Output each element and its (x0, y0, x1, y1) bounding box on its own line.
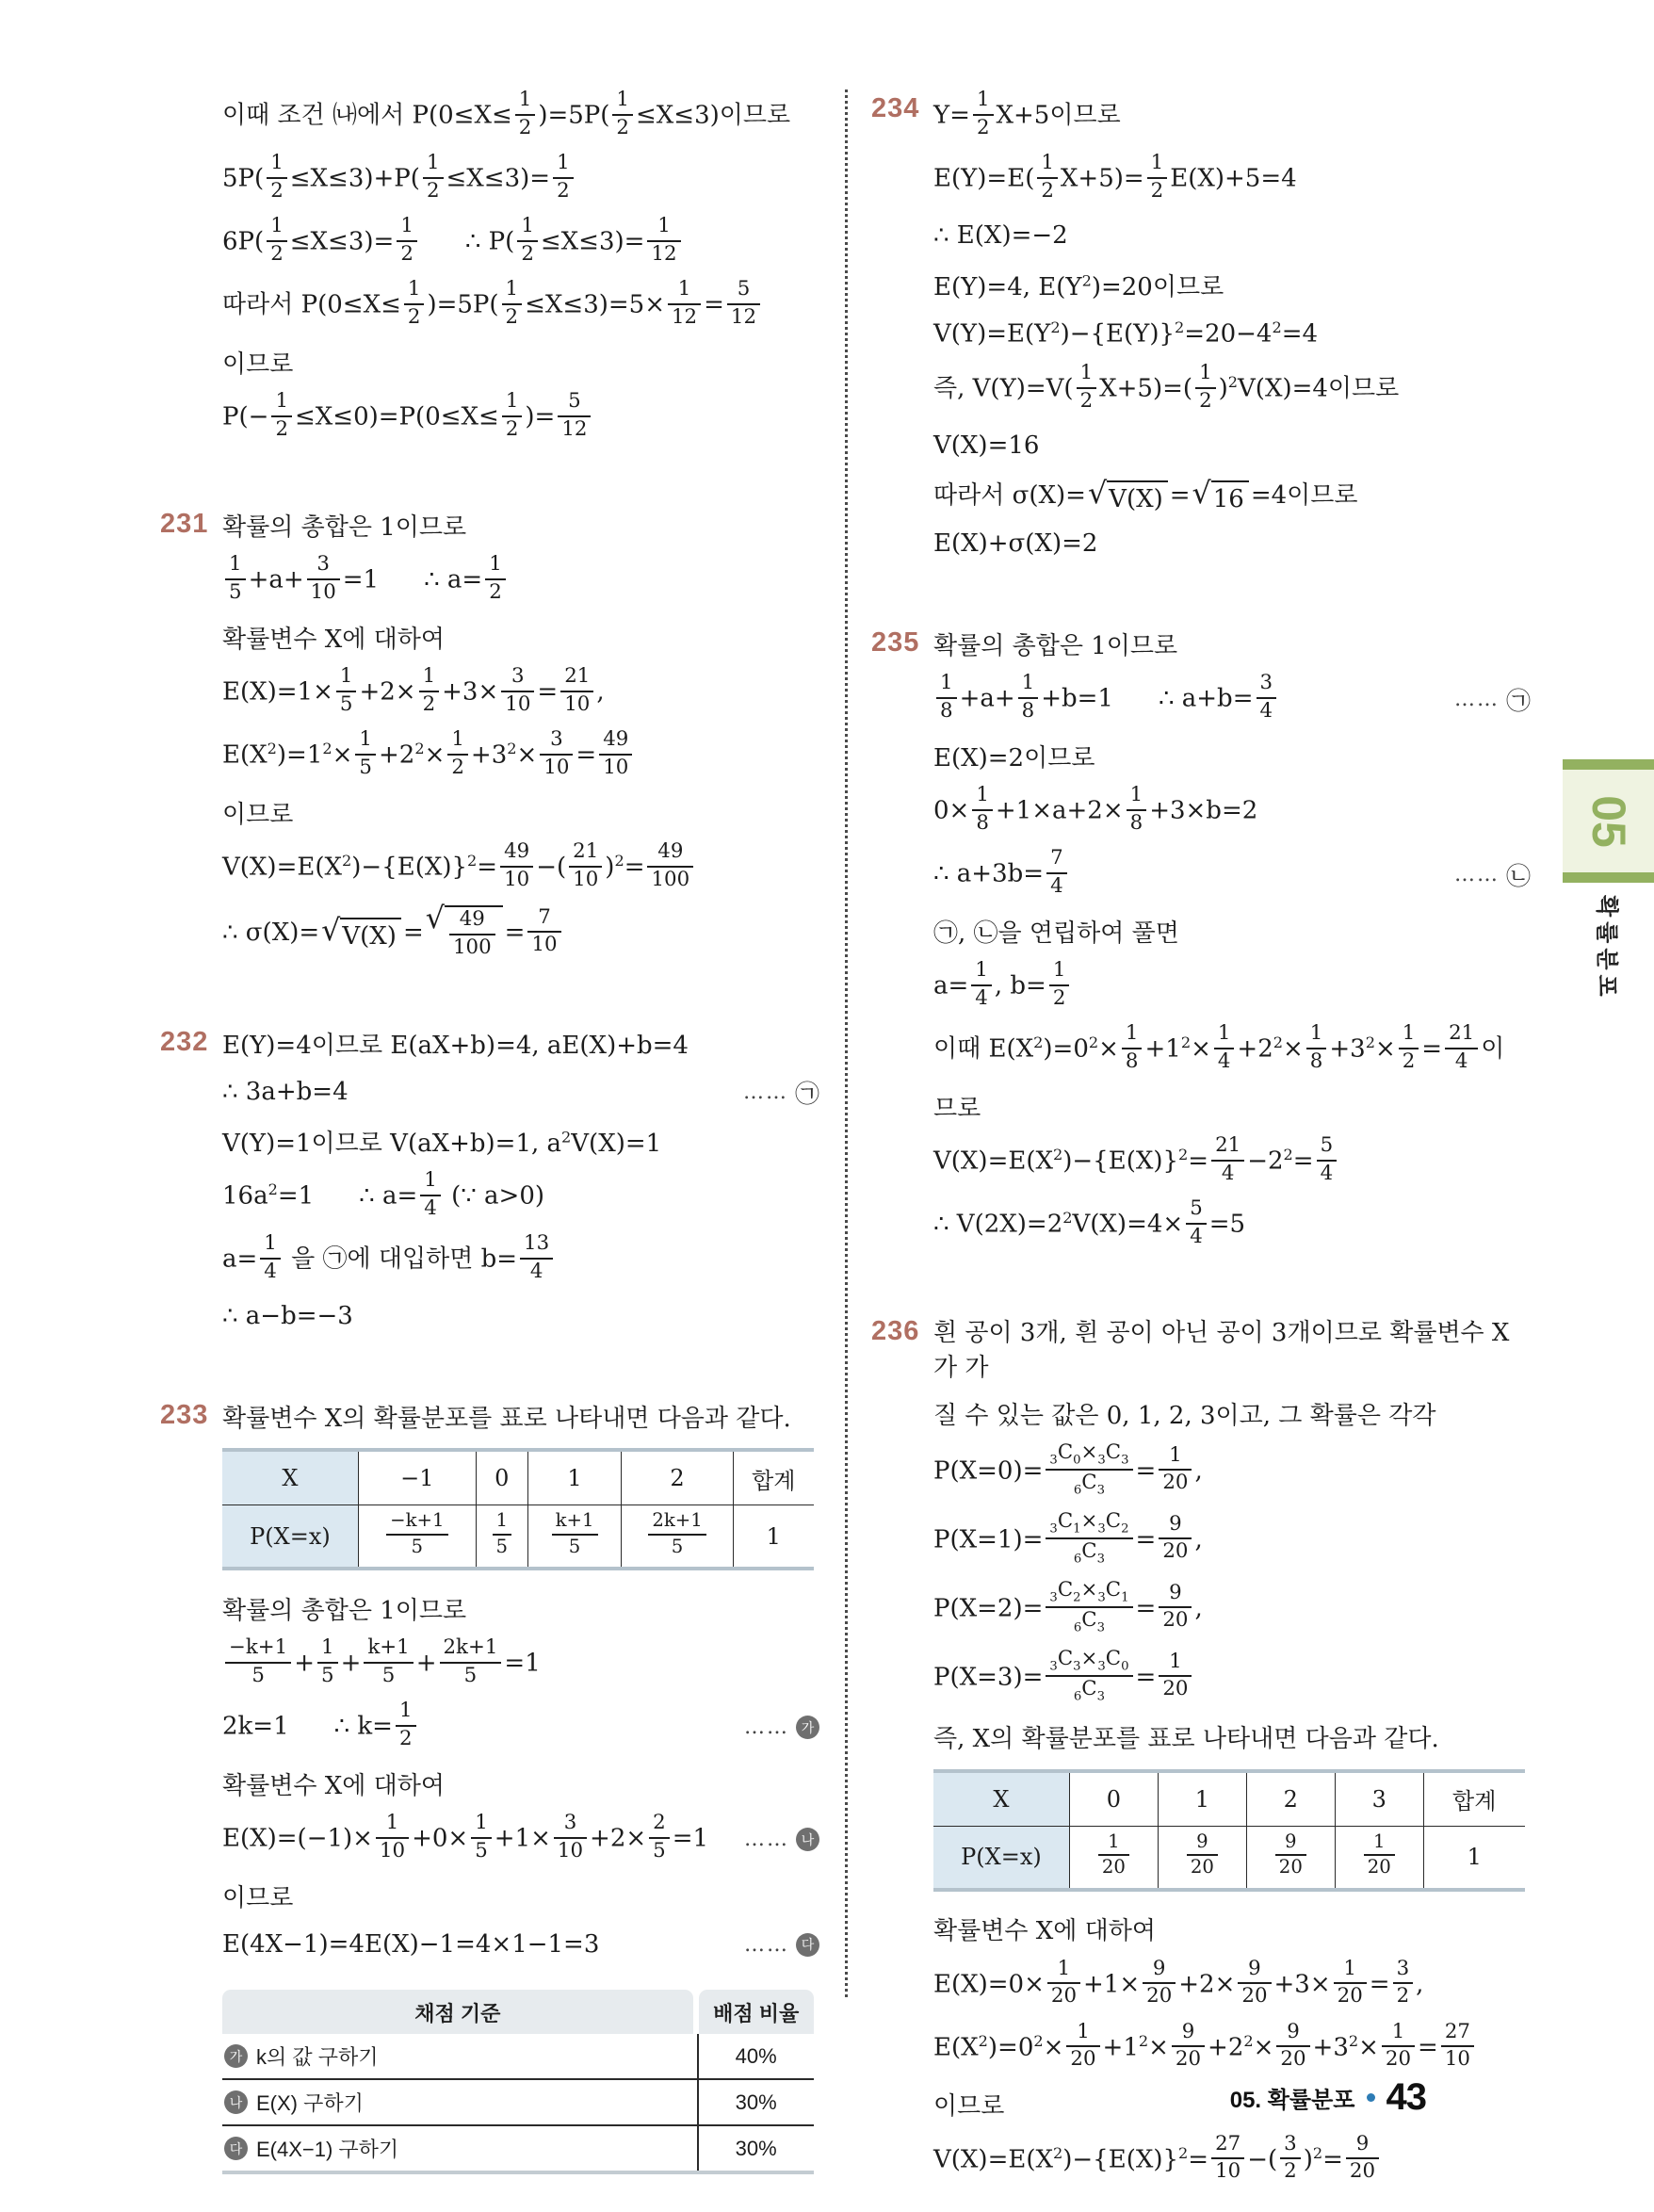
solution-line: P(X=3)=3C3×3C06C3=120 (933, 1650, 1531, 1707)
solution-line: E(X2)=12×15+22×12+32×310=4910 (222, 730, 819, 782)
solution-line: 므로 (933, 1087, 1531, 1125)
solution-text: E(X)=0×120+1×920+2×920+3×120=32, (933, 1960, 1423, 2011)
solution-line: 이때 E(X2)=02×18+12×14+22×18+32×12=214이 (933, 1024, 1531, 1076)
table-cell: k+15 (527, 1505, 621, 1570)
right-column: 234Y=12X+5이므로E(Y)=E(12X+5)=12E(X)+5=4∴ E… (871, 90, 1531, 2198)
step-reference: ……가 (735, 1716, 819, 1739)
solution-text: ∴ 3a+b=4 (222, 1078, 349, 1106)
table-cell: 1 (1423, 1826, 1524, 1890)
solution-text: 므로 (933, 1089, 981, 1124)
solution-text: 15+a+310=1∴ a=12 (222, 555, 509, 607)
reference-mark: ㉡ (1506, 857, 1531, 892)
solution-body: 흰 공이 3개, 흰 공이 아닌 공이 3개이므로 확률변수 X가 가질 수 있… (933, 1313, 1531, 2198)
problem-232: 232E(Y)=4이므로 E(aX+b)=4, aE(X)+b=4∴ 3a+b=… (160, 1024, 819, 1346)
solution-line: P(−12≤X≤0)=P(0≤X≤12)=512 (222, 392, 819, 444)
solution-text: V(Y)=1이므로 V(aX+b)=1, a2V(X)=1 (222, 1124, 661, 1159)
solution-text: ∴ E(X)=−2 (933, 221, 1068, 250)
solution-text: 확률변수 X에 대하여 (222, 1766, 445, 1801)
probability-distribution-table: X−1012합계P(X=x)−k+1515k+152k+151 (222, 1448, 814, 1570)
grading-table: 채점 기준배점 비율가k의 값 구하기40%나E(X) 구하기30%다E(4X−… (222, 1990, 814, 2174)
footer-chapter: 05. 확률분포 (1230, 2081, 1355, 2114)
solution-text: ∴ V(2X)=22V(X)=4×54=5 (933, 1199, 1245, 1251)
reference-dots: …… (1454, 688, 1500, 711)
solution-text: 확률의 총합은 1이므로 (222, 1591, 466, 1626)
solution-line: E(Y)=E(12X+5)=12E(X)+5=4 (933, 154, 1531, 205)
solution-line: 확률변수 X에 대하여 (222, 1765, 819, 1802)
reference-dots: …… (743, 1081, 788, 1104)
solution-text: 확률의 총합은 1이므로 (933, 626, 1177, 661)
solution-text: 이므로 (222, 345, 293, 380)
solution-line: E(4X−1)=4E(X)−1=4×1−1=3……다 (222, 1926, 819, 1963)
table-cell: −1 (358, 1450, 476, 1505)
solution-text: ∴ σ(X)=√V(X)=√49100=710 (222, 905, 564, 962)
solution-text: P(X=0)=3C0×3C36C3=120, (933, 1443, 1203, 1501)
solution-text: 이므로 (222, 1879, 293, 1913)
table-row: P(X=x)−k+1515k+152k+151 (222, 1505, 814, 1570)
grading-criteria-label: k의 값 구하기 (256, 2041, 379, 2071)
solution-text: 18+a+18+b=1∴ a+b=34 (933, 674, 1279, 725)
table-cell: 1 (733, 1505, 813, 1570)
solution-line: ∴ a+3b=74……㉡ (933, 849, 1531, 901)
solution-text: a=14 을 ㉠에 대입하면 b=134 (222, 1234, 556, 1286)
table-cell: 0 (1069, 1771, 1158, 1827)
probability-distribution-table: X0123합계P(X=x)1209209201201 (933, 1769, 1525, 1892)
solution-line: a=14, b=12 (933, 961, 1531, 1013)
solution-text: 확률변수 X에 대하여 (222, 620, 445, 655)
solution-text: E(Y)=4이므로 E(aX+b)=4, aE(X)+b=4 (222, 1026, 689, 1061)
table-cell: 1 (527, 1450, 621, 1505)
solution-text: ∴ a−b=−3 (222, 1302, 353, 1330)
step-badge-가: 가 (224, 2044, 248, 2068)
solution-line: V(Y)=E(Y2)−{E(Y)}2=20−42=4 (933, 315, 1531, 352)
solution-text: P(X=2)=3C2×3C16C3=920, (933, 1581, 1203, 1638)
solution-line: 질 수 있는 값은 0, 1, 2, 3이고, 그 확률은 각각 (933, 1394, 1531, 1432)
solution-line: 이때 조건 ㈏에서 P(0≤X≤12)=5P(12≤X≤3)이므로 (222, 90, 819, 142)
grading-row: 가k의 값 구하기40% (222, 2034, 814, 2080)
table-row: X−1012합계 (222, 1450, 814, 1505)
solution-text: 이때 E(X2)=02×18+12×14+22×18+32×12=214이 (933, 1024, 1504, 1076)
solution-text: E(Y)=E(12X+5)=12E(X)+5=4 (933, 154, 1297, 205)
grading-header-criteria: 채점 기준 (222, 1990, 693, 2034)
step-badge-가: 가 (796, 1716, 819, 1739)
solution-line: ㉠, ㉡을 연립하여 풀면 (933, 912, 1531, 950)
solution-text: V(X)=16 (933, 431, 1039, 460)
problem-number (160, 90, 222, 455)
solution-line: E(X)=(−1)×110+0×15+1×310+2×25=1……나 (222, 1814, 819, 1865)
solution-text: Y=12X+5이므로 (933, 90, 1121, 142)
solution-line: 즉, X의 확률분포를 표로 나타내면 다음과 같다. (933, 1718, 1531, 1756)
solution-text: P(X=1)=3C1×3C26C3=920, (933, 1512, 1203, 1570)
table-cell: 합계 (733, 1450, 813, 1505)
solution-text: E(X)=2이므로 (933, 739, 1095, 773)
table-cell: 합계 (1423, 1771, 1524, 1827)
reference-dots: …… (1454, 863, 1500, 886)
problem-number: 234 (871, 90, 933, 574)
solution-line: 확률변수 X에 대하여 (933, 1911, 1531, 1948)
reference-dots: …… (744, 1716, 789, 1739)
grading-percent: 40% (697, 2034, 814, 2078)
solution-text: P(X=3)=3C3×3C06C3=120 (933, 1650, 1194, 1707)
grading-header-row: 채점 기준배점 비율 (222, 1990, 814, 2034)
solution-line: 5P(12≤X≤3)+P(12≤X≤3)=12 (222, 154, 819, 205)
grading-percent: 30% (697, 2126, 814, 2171)
solution-text: 0×18+1×a+2×18+3×b=2 (933, 786, 1257, 838)
solution-text: a=14, b=12 (933, 961, 1072, 1013)
table-cell: 15 (476, 1505, 527, 1570)
solution-line: V(Y)=1이므로 V(aX+b)=1, a2V(X)=1 (222, 1122, 819, 1160)
solution-line: E(Y)=4이므로 E(aX+b)=4, aE(X)+b=4 (222, 1024, 819, 1062)
grading-row: 나E(X) 구하기30% (222, 2080, 814, 2126)
solution-line: 이므로 (222, 343, 819, 381)
solution-text: E(X)=(−1)×110+0×15+1×310+2×25=1 (222, 1814, 708, 1865)
problem-236: 236흰 공이 3개, 흰 공이 아닌 공이 3개이므로 확률변수 X가 가질 … (871, 1313, 1531, 2198)
table-header-cell: P(X=x) (933, 1826, 1069, 1890)
left-column: 이때 조건 ㈏에서 P(0≤X≤12)=5P(12≤X≤3)이므로5P(12≤X… (160, 90, 819, 2174)
chapter-tab: 05 (1563, 759, 1654, 883)
page-footer: 05. 확률분포 43 (1230, 2076, 1426, 2119)
solution-text: E(X2)=02×120+12×920+22×920+32×120=2710 (933, 2023, 1477, 2074)
solution-body: Y=12X+5이므로E(Y)=E(12X+5)=12E(X)+5=4∴ E(X)… (933, 90, 1531, 574)
solution-line: 따라서 σ(X)=√V(X)=√16=4이므로 (933, 476, 1531, 513)
solution-line: P(X=0)=3C0×3C36C3=120, (933, 1443, 1531, 1501)
grading-row: 다E(4X−1) 구하기30% (222, 2126, 814, 2174)
reference-mark: ㉠ (795, 1075, 819, 1110)
solution-text: 이므로 (222, 795, 293, 830)
solution-line: 확률변수 X의 확률분포를 표로 나타내면 다음과 같다. (222, 1397, 819, 1435)
solution-text: 이므로 (933, 2087, 1004, 2122)
problem-234: 234Y=12X+5이므로E(Y)=E(12X+5)=12E(X)+5=4∴ E… (871, 90, 1531, 574)
table-row: X0123합계 (933, 1771, 1525, 1827)
solution-line: E(X)=1×15+2×12+3×310=2110, (222, 667, 819, 719)
footer-page-number: 43 (1386, 2076, 1427, 2119)
problem-231: 231확률의 총합은 1이므로15+a+310=1∴ a=12확률변수 X에 대… (160, 506, 819, 973)
solution-line: ∴ E(X)=−2 (933, 217, 1531, 254)
table-cell: 0 (476, 1450, 527, 1505)
solution-text: V(X)=E(X2)−{E(X)}2=4910−(2110)2=49100 (222, 842, 696, 894)
solution-line: ∴ 3a+b=4……㉠ (222, 1073, 819, 1111)
table-cell: 920 (1158, 1826, 1246, 1890)
solution-line: V(X)=E(X2)−{E(X)}2=4910−(2110)2=49100 (222, 842, 819, 894)
solution-text: 확률변수 X에 대하여 (933, 1911, 1156, 1946)
problem-number: 235 (871, 625, 933, 1262)
solution-line: 6P(12≤X≤3)=12∴ P(12≤X≤3)=112 (222, 217, 819, 268)
problem-235: 235확률의 총합은 1이므로18+a+18+b=1∴ a+b=34……㉠E(X… (871, 625, 1531, 1262)
table-cell: 1 (1158, 1771, 1246, 1827)
reference-dots: …… (744, 1828, 789, 1851)
solution-text: ∴ a+3b=74 (933, 849, 1070, 901)
grading-criteria: 다E(4X−1) 구하기 (222, 2126, 697, 2171)
solution-text: V(X)=E(X2)−{E(X)}2=2710−(32)2=920 (933, 2135, 1382, 2187)
step-badge-다: 다 (224, 2137, 248, 2160)
column-divider (845, 89, 848, 1997)
solution-body: 확률의 총합은 1이므로15+a+310=1∴ a=12확률변수 X에 대하여E… (222, 506, 819, 973)
solution-text: E(Y)=4, E(Y2)=20이므로 (933, 268, 1224, 302)
table-cell: 920 (1246, 1826, 1335, 1890)
solution-line: E(X2)=02×120+12×920+22×920+32×120=2710 (933, 2023, 1531, 2074)
table-row: P(X=x)1209209201201 (933, 1826, 1525, 1890)
solution-text: ㉠, ㉡을 연립하여 풀면 (933, 914, 1179, 949)
grading-percent: 30% (697, 2080, 814, 2124)
solution-text: E(X)=1×15+2×12+3×310=2110, (222, 667, 605, 719)
problem-number: 233 (160, 1397, 222, 2174)
table-header-cell: P(X=x) (222, 1505, 358, 1570)
table-cell: 2 (1246, 1771, 1335, 1827)
footer-dot-icon (1367, 2093, 1375, 2102)
table-cell: 120 (1069, 1826, 1158, 1890)
solution-text: 따라서 P(0≤X≤12)=5P(12≤X≤3)=5×112=512 (222, 280, 763, 332)
solution-text: V(Y)=E(Y2)−{E(Y)}2=20−42=4 (933, 318, 1318, 349)
grading-criteria: 나E(X) 구하기 (222, 2080, 697, 2124)
table-cell: 2 (622, 1450, 734, 1505)
solution-text: 5P(12≤X≤3)+P(12≤X≤3)=12 (222, 154, 576, 205)
solution-text: E(4X−1)=4E(X)−1=4×1−1=3 (222, 1930, 599, 1959)
grading-criteria: 가k의 값 구하기 (222, 2034, 697, 2078)
solution-line: 이므로 (222, 793, 819, 831)
grading-header-ratio: 배점 비율 (699, 1990, 814, 2034)
table-header-cell: X (933, 1771, 1069, 1827)
grading-criteria-label: E(4X−1) 구하기 (256, 2134, 398, 2163)
grading-criteria-label: E(X) 구하기 (256, 2088, 364, 2117)
solution-line: 확률의 총합은 1이므로 (222, 1589, 819, 1627)
solution-line: −k+15+15+k+15+2k+15=1 (222, 1638, 819, 1690)
solution-text: 즉, V(Y)=V(12X+5)=(12)2V(X)=4이므로 (933, 364, 1399, 415)
solution-body: 확률변수 X의 확률분포를 표로 나타내면 다음과 같다.X−1012합계P(X… (222, 1397, 819, 2174)
solution-line: E(X)=0×120+1×920+2×920+3×120=32, (933, 1960, 1531, 2011)
solution-text: 즉, X의 확률분포를 표로 나타내면 다음과 같다. (933, 1719, 1439, 1754)
solution-text: E(X2)=12×15+22×12+32×310=4910 (222, 730, 635, 782)
solution-text: 이때 조건 ㈏에서 P(0≤X≤12)=5P(12≤X≤3)이므로 (222, 90, 790, 142)
problem-number: 231 (160, 506, 222, 973)
reference-dots: …… (744, 1933, 789, 1957)
step-badge-나: 나 (796, 1828, 819, 1851)
step-reference: ……다 (735, 1933, 819, 1957)
solution-text: 확률의 총합은 1이므로 (222, 508, 466, 543)
solution-continuation: 이때 조건 ㈏에서 P(0≤X≤12)=5P(12≤X≤3)이므로5P(12≤X… (160, 90, 819, 455)
solution-line: 따라서 P(0≤X≤12)=5P(12≤X≤3)=5×112=512 (222, 280, 819, 332)
solution-line: P(X=1)=3C1×3C26C3=920, (933, 1512, 1531, 1570)
solution-line: Y=12X+5이므로 (933, 90, 1531, 142)
solution-text: −k+15+15+k+15+2k+15=1 (222, 1638, 541, 1690)
step-badge-나: 나 (224, 2090, 248, 2114)
solution-body: 확률의 총합은 1이므로18+a+18+b=1∴ a+b=34……㉠E(X)=2… (933, 625, 1531, 1262)
problem-233: 233확률변수 X의 확률분포를 표로 나타내면 다음과 같다.X−1012합계… (160, 1397, 819, 2174)
solution-line: 이므로 (222, 1877, 819, 1914)
chapter-tab-number: 05 (1581, 795, 1636, 848)
problem-number: 232 (160, 1024, 222, 1346)
solution-line: 18+a+18+b=1∴ a+b=34……㉠ (933, 674, 1531, 725)
solution-line: V(X)=E(X2)−{E(X)}2=2710−(32)2=920 (933, 2135, 1531, 2187)
solution-line: E(Y)=4, E(Y2)=20이므로 (933, 266, 1531, 303)
solution-line: V(X)=16 (933, 427, 1531, 464)
solution-line: 확률변수 X에 대하여 (222, 618, 819, 656)
solution-text: P(−12≤X≤0)=P(0≤X≤12)=512 (222, 392, 593, 444)
table-cell: −k+15 (358, 1505, 476, 1570)
solution-line: E(X)+σ(X)=2 (933, 525, 1531, 562)
step-reference: ……나 (735, 1828, 819, 1851)
step-badge-다: 다 (796, 1933, 819, 1957)
solution-body: E(Y)=4이므로 E(aX+b)=4, aE(X)+b=4∴ 3a+b=4……… (222, 1024, 819, 1346)
solution-text: 따라서 σ(X)=√V(X)=√16=4이므로 (933, 476, 1358, 513)
solution-text: 2k=1∴ k=12 (222, 1701, 419, 1753)
solution-line: V(X)=E(X2)−{E(X)}2=214−22=54 (933, 1136, 1531, 1188)
solution-line: 확률의 총합은 1이므로 (933, 625, 1531, 662)
solution-line: ∴ σ(X)=√V(X)=√49100=710 (222, 905, 819, 962)
solution-line: 흰 공이 3개, 흰 공이 아닌 공이 3개이므로 확률변수 X가 가 (933, 1313, 1531, 1383)
step-reference: ……㉠ (734, 1075, 819, 1110)
solution-line: a=14 을 ㉠에 대입하면 b=134 (222, 1234, 819, 1286)
chapter-tab-label: 확률분포 (1593, 895, 1626, 1001)
solution-text: E(X)+σ(X)=2 (933, 529, 1097, 558)
solution-text: V(X)=E(X2)−{E(X)}2=214−22=54 (933, 1136, 1339, 1188)
solution-text: 흰 공이 3개, 흰 공이 아닌 공이 3개이므로 확률변수 X가 가 (933, 1313, 1531, 1383)
problem-number: 236 (871, 1313, 933, 2198)
solution-line: 확률의 총합은 1이므로 (222, 506, 819, 544)
solution-body: 이때 조건 ㈏에서 P(0≤X≤12)=5P(12≤X≤3)이므로5P(12≤X… (222, 90, 819, 455)
solution-text: 16a2=1∴ a=14 (∵ a>0) (222, 1171, 544, 1223)
solution-line: P(X=2)=3C2×3C16C3=920, (933, 1581, 1531, 1638)
solution-line: 0×18+1×a+2×18+3×b=2 (933, 786, 1531, 838)
solution-text: 질 수 있는 값은 0, 1, 2, 3이고, 그 확률은 각각 (933, 1396, 1436, 1431)
reference-mark: ㉠ (1506, 682, 1531, 717)
solution-line: 15+a+310=1∴ a=12 (222, 555, 819, 607)
solution-line: 2k=1∴ k=12……가 (222, 1701, 819, 1753)
step-reference: ……㉡ (1445, 857, 1531, 892)
solution-line: ∴ a−b=−3 (222, 1297, 819, 1335)
table-cell: 3 (1335, 1771, 1423, 1827)
table-header-cell: X (222, 1450, 358, 1505)
solution-line: 즉, V(Y)=V(12X+5)=(12)2V(X)=4이므로 (933, 364, 1531, 415)
solution-text: 확률변수 X의 확률분포를 표로 나타내면 다음과 같다. (222, 1399, 791, 1434)
solution-line: E(X)=2이므로 (933, 737, 1531, 774)
solution-text: 6P(12≤X≤3)=12∴ P(12≤X≤3)=112 (222, 217, 684, 268)
table-cell: 2k+15 (622, 1505, 734, 1570)
table-cell: 120 (1335, 1826, 1423, 1890)
step-reference: ……㉠ (1445, 682, 1531, 717)
solution-line: ∴ V(2X)=22V(X)=4×54=5 (933, 1199, 1531, 1251)
solution-line: 16a2=1∴ a=14 (∵ a>0) (222, 1171, 819, 1223)
